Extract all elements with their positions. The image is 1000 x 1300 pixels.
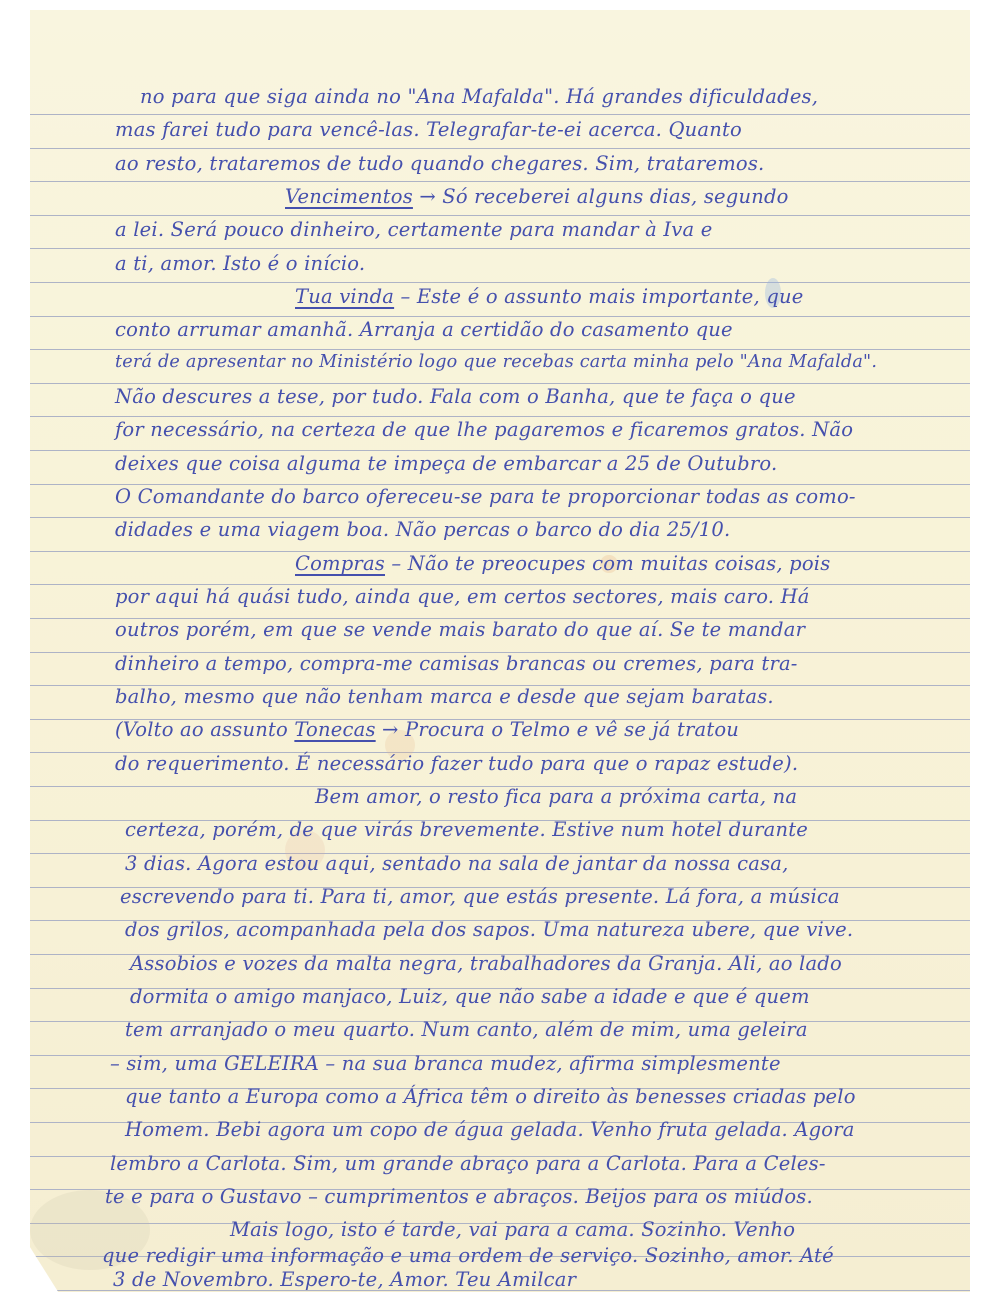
line-prefix: (Volto ao assunto bbox=[115, 718, 294, 741]
letter-line: Vencimentos → Só receberei alguns dias, … bbox=[285, 185, 789, 208]
letter-line: a lei. Será pouco dinheiro, certamente p… bbox=[115, 218, 712, 241]
letter-body: no para que siga ainda no "Ana Mafalda".… bbox=[30, 10, 970, 1292]
letter-line: for necessário, na certeza de que lhe pa… bbox=[115, 418, 853, 441]
line-text: a lei. Será pouco dinheiro, certamente p… bbox=[115, 218, 712, 241]
letter-line: dormita o amigo manjaco, Luiz, que não s… bbox=[130, 985, 810, 1008]
line-text: → Só receberei alguns dias, segundo bbox=[413, 185, 789, 208]
line-text: lembro a Carlota. Sim, um grande abraço … bbox=[110, 1152, 826, 1175]
letter-line: terá de apresentar no Ministério logo qu… bbox=[115, 352, 877, 372]
line-text: mas farei tudo para vencê-las. Telegrafa… bbox=[115, 118, 742, 141]
line-text: a ti, amor. Isto é o início. bbox=[115, 252, 365, 275]
line-text: 3 dias. Agora estou aqui, sentado na sal… bbox=[125, 852, 789, 875]
line-text: – sim, uma GELEIRA – na sua branca mudez… bbox=[110, 1052, 781, 1075]
line-text: O Comandante do barco ofereceu-se para t… bbox=[115, 485, 856, 508]
line-text: deixes que coisa alguma te impeça de emb… bbox=[115, 452, 777, 475]
line-text: Bem amor, o resto fica para a próxima ca… bbox=[315, 785, 797, 808]
letter-line: dinheiro a tempo, compra-me camisas bran… bbox=[115, 652, 798, 675]
line-text: – Não te preocupes com muitas coisas, po… bbox=[385, 552, 830, 575]
line-text: do requerimento. É necessário fazer tudo… bbox=[115, 752, 798, 775]
section-heading: Compras bbox=[295, 552, 385, 575]
letter-line: conto arrumar amanhã. Arranja a certidão… bbox=[115, 318, 733, 341]
line-text: que redigir uma informação e uma ordem d… bbox=[102, 1244, 834, 1267]
line-text: Assobios e vozes da malta negra, trabalh… bbox=[130, 952, 842, 975]
line-text: certeza, porém, de que virás brevemente.… bbox=[125, 818, 808, 841]
letter-line: dos grilos, acompanhada pela dos sapos. … bbox=[125, 918, 853, 941]
letter-line: por aqui há quási tudo, ainda que, em ce… bbox=[115, 585, 810, 608]
letter-line: didades e uma viagem boa. Não percas o b… bbox=[115, 518, 730, 541]
line-text: terá de apresentar no Ministério logo qu… bbox=[115, 352, 877, 372]
letter-line: certeza, porém, de que virás brevemente.… bbox=[125, 818, 808, 841]
letter-line: do requerimento. É necessário fazer tudo… bbox=[115, 752, 798, 775]
letter-line: 3 dias. Agora estou aqui, sentado na sal… bbox=[125, 852, 789, 875]
line-text: → Procura o Telmo e vê se já tratou bbox=[376, 718, 739, 741]
letter-line: lembro a Carlota. Sim, um grande abraço … bbox=[110, 1152, 826, 1175]
letter-line: no para que siga ainda no "Ana Mafalda".… bbox=[140, 85, 818, 108]
letter-line: Mais logo, isto é tarde, vai para a cama… bbox=[230, 1218, 795, 1241]
line-text: outros porém, em que se vende mais barat… bbox=[115, 618, 805, 641]
letter-line: ao resto, trataremos de tudo quando cheg… bbox=[115, 152, 764, 175]
line-text: Homem. Bebi agora um copo de água gelada… bbox=[125, 1118, 855, 1141]
line-text: balho, mesmo que não tenham marca e desd… bbox=[115, 685, 774, 708]
letter-line: que tanto a Europa como a África têm o d… bbox=[125, 1085, 856, 1108]
letter-line: Tua vinda – Este é o assunto mais import… bbox=[295, 285, 804, 308]
line-text: Não descures a tese, por tudo. Fala com … bbox=[115, 385, 796, 408]
line-text: didades e uma viagem boa. Não percas o b… bbox=[115, 518, 730, 541]
line-text: te e para o Gustavo – cumprimentos e abr… bbox=[105, 1185, 813, 1208]
section-heading: Vencimentos bbox=[285, 185, 413, 208]
letter-line: que redigir uma informação e uma ordem d… bbox=[102, 1244, 834, 1267]
letter-page: no para que siga ainda no "Ana Mafalda".… bbox=[30, 10, 970, 1292]
line-text: ao resto, trataremos de tudo quando cheg… bbox=[115, 152, 764, 175]
line-text: conto arrumar amanhã. Arranja a certidão… bbox=[115, 318, 733, 341]
line-text: tem arranjado o meu quarto. Num canto, a… bbox=[125, 1018, 808, 1041]
letter-line: escrevendo para ti. Para ti, amor, que e… bbox=[120, 885, 840, 908]
line-text: for necessário, na certeza de que lhe pa… bbox=[115, 418, 853, 441]
letter-line: Homem. Bebi agora um copo de água gelada… bbox=[125, 1118, 855, 1141]
letter-line: Bem amor, o resto fica para a próxima ca… bbox=[315, 785, 797, 808]
line-text: que tanto a Europa como a África têm o d… bbox=[125, 1085, 856, 1108]
letter-line: 3 de Novembro. Espero-te, Amor. Teu Amil… bbox=[113, 1268, 576, 1291]
letter-line: mas farei tudo para vencê-las. Telegrafa… bbox=[115, 118, 742, 141]
letter-line: tem arranjado o meu quarto. Num canto, a… bbox=[125, 1018, 808, 1041]
letter-line: (Volto ao assunto Tonecas → Procura o Te… bbox=[115, 718, 739, 741]
letter-line: Não descures a tese, por tudo. Fala com … bbox=[115, 385, 796, 408]
section-heading: Tonecas bbox=[294, 718, 375, 741]
line-text: dos grilos, acompanhada pela dos sapos. … bbox=[125, 918, 853, 941]
line-text: por aqui há quási tudo, ainda que, em ce… bbox=[115, 585, 810, 608]
letter-line: balho, mesmo que não tenham marca e desd… bbox=[115, 685, 774, 708]
line-text: escrevendo para ti. Para ti, amor, que e… bbox=[120, 885, 840, 908]
line-text: no para que siga ainda no "Ana Mafalda".… bbox=[140, 85, 818, 108]
line-text: Mais logo, isto é tarde, vai para a cama… bbox=[230, 1218, 795, 1241]
line-text: dormita o amigo manjaco, Luiz, que não s… bbox=[130, 985, 810, 1008]
section-heading: Tua vinda bbox=[295, 285, 394, 308]
line-text: dinheiro a tempo, compra-me camisas bran… bbox=[115, 652, 798, 675]
letter-line: te e para o Gustavo – cumprimentos e abr… bbox=[105, 1185, 813, 1208]
letter-line: O Comandante do barco ofereceu-se para t… bbox=[115, 485, 856, 508]
line-text: 3 de Novembro. Espero-te, Amor. Teu Amil… bbox=[113, 1268, 576, 1291]
letter-line: Assobios e vozes da malta negra, trabalh… bbox=[130, 952, 842, 975]
letter-line: – sim, uma GELEIRA – na sua branca mudez… bbox=[110, 1052, 781, 1075]
letter-line: deixes que coisa alguma te impeça de emb… bbox=[115, 452, 777, 475]
letter-line: outros porém, em que se vende mais barat… bbox=[115, 618, 805, 641]
letter-line: a ti, amor. Isto é o início. bbox=[115, 252, 365, 275]
line-text: – Este é o assunto mais importante, que bbox=[394, 285, 803, 308]
letter-line: Compras – Não te preocupes com muitas co… bbox=[295, 552, 830, 575]
